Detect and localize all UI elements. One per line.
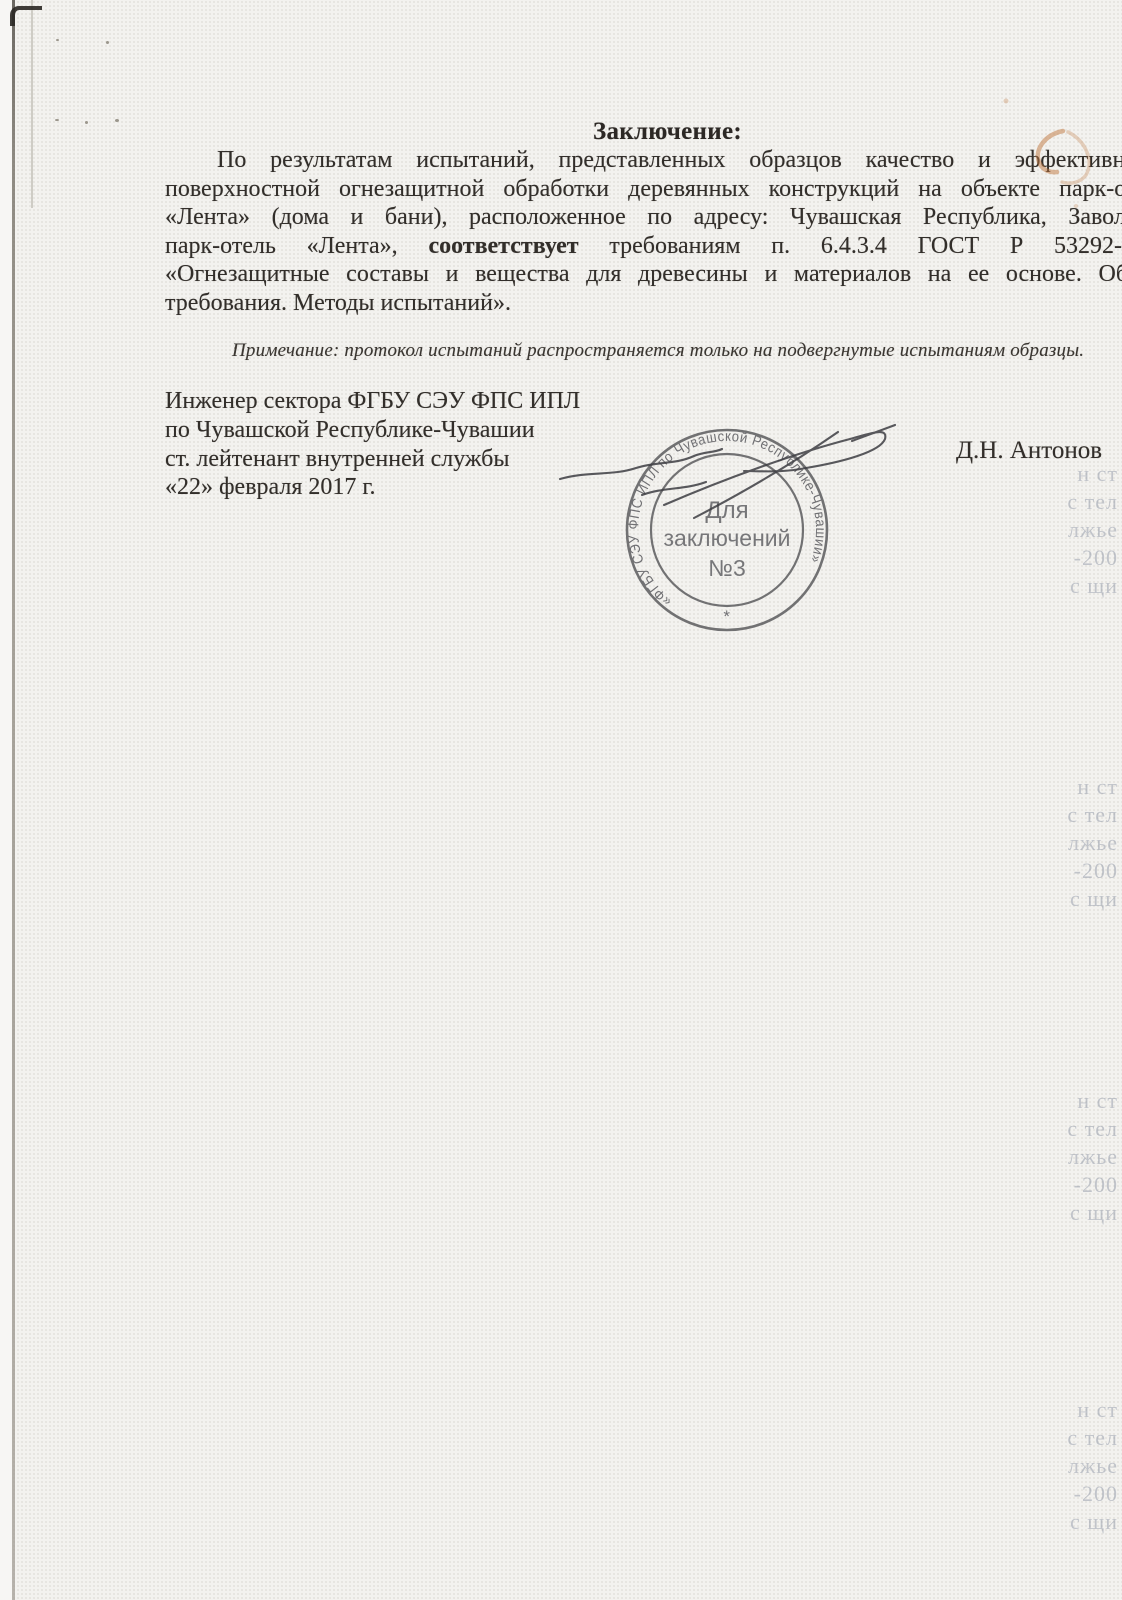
scan-speck [85,121,88,124]
bleedthrough-fragment: н ст [1036,1396,1118,1424]
bleedthrough-fragment: с щи [1036,885,1118,913]
scan-margin-strip [0,0,12,1600]
note-line: Примечание: протокол испытаний распростр… [232,340,1084,362]
bleedthrough-group: н ст с тел лжье -200 с щи [1036,460,1118,600]
bleedthrough-fragment: с щи [1036,1199,1118,1227]
conclusion-paragraph: По результатам испытаний, представленных… [165,146,1122,317]
page-edge-shadow [12,0,15,1600]
bleedthrough-group: н ст с тел лжье -200 с щи [1036,1087,1118,1227]
stamp-center-line2: заключений [664,525,791,551]
stamp-center-line1: Для [705,497,748,524]
paragraph-line: «Огнезащитные составы и вещества для дре… [165,260,1122,289]
paragraph-line: требования. Методы испытаний». [165,289,1122,318]
bleedthrough-fragment: -200 [1036,544,1118,572]
bleedthrough-fragment: лжье [1036,516,1118,544]
scan-speck [56,39,59,41]
scanned-page: Заключение: По результатам испытаний, пр… [0,0,1122,1600]
bleedthrough-fragment: н ст [1036,1087,1118,1115]
bleedthrough-fragment: лжье [1036,829,1118,857]
signature-line: ст. лейтенант внутренней службы [165,445,580,474]
bleedthrough-fragment: с тел [1036,1115,1118,1143]
stamp-ring-separator: * [723,607,730,626]
bleedthrough-fragment: с тел [1036,1424,1118,1452]
round-stamp: «ФГБУ СЭУ ФПС ИПЛ по Чувашской Республик… [621,424,833,636]
bleedthrough-fragment: с щи [1036,1508,1118,1536]
bleedthrough-fragment: н ст [1036,773,1118,801]
bleedthrough-fragment: -200 [1036,857,1118,885]
bleedthrough-fragment: лжье [1036,1143,1118,1171]
bleedthrough-fragment: лжье [1036,1452,1118,1480]
paragraph-line: поверхностной огнезащитной обработки дер… [165,175,1122,204]
stamp-center-line3: №3 [708,555,745,581]
bleedthrough-fragment: с тел [1036,488,1118,516]
paragraph-line: По результатам испытаний, представленных… [165,146,1122,175]
bleedthrough-group: н ст с тел лжье -200 с щи [1036,1396,1118,1536]
paragraph-line: «Лента» (дома и бани), расположенное по … [165,203,1122,232]
line4-bold-word: соответствует [428,233,578,259]
bleedthrough-fragment: -200 [1036,1171,1118,1199]
page-corner-mark [10,6,42,26]
scan-speck [55,119,59,121]
signature-block: Инженер сектора ФГБУ СЭУ ФПС ИПЛ по Чува… [165,387,580,502]
bleedthrough-fragment: -200 [1036,1480,1118,1508]
scan-speck [106,41,109,44]
page-edge-shadow-secondary [31,0,33,208]
paragraph-line: парк-отель «Лента», соответствует требов… [165,232,1122,261]
bleedthrough-group: н ст с тел лжье -200 с щи [1036,773,1118,913]
signature-line: «22» февраля 2017 г. [165,473,580,502]
signature-line: по Чувашской Республике-Чувашии [165,416,580,445]
bleedthrough-fragment: с тел [1036,801,1118,829]
document-title: Заключение: [165,118,1122,146]
line4-pre: парк-отель «Лента», [165,233,428,259]
bleedthrough-fragment: н ст [1036,460,1118,488]
scan-speck [115,119,119,122]
bleedthrough-fragment: с щи [1036,572,1118,600]
signature-line: Инженер сектора ФГБУ СЭУ ФПС ИПЛ [165,387,580,416]
line4-post: требованиям п. 6.4.3.4 ГОСТ Р 53292-2009 [579,233,1122,259]
